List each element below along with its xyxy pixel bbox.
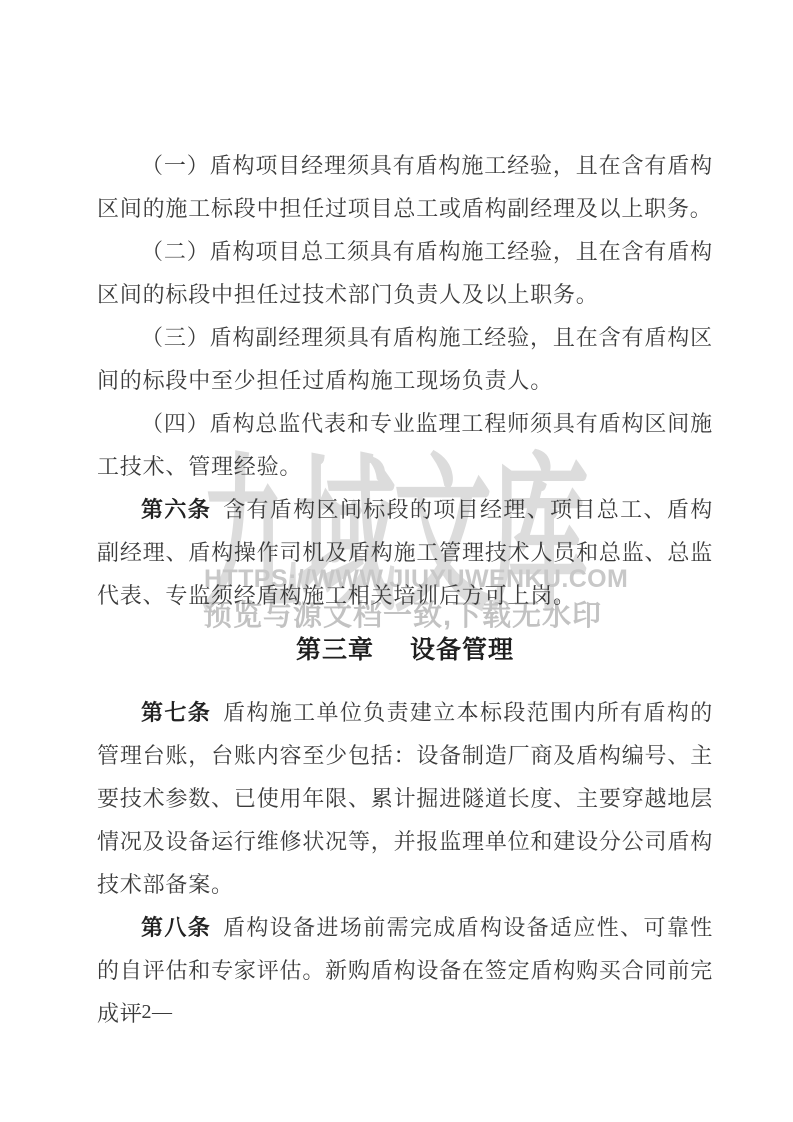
- article-6-paragraph: 第六条含有盾构区间标段的项目经理、项目总工、盾构副经理、盾构操作司机及盾构施工管…: [97, 488, 713, 617]
- document-page: 九域文库 HTTPS://WWW.JIUYUWENKU.COM 预览与源文档一致…: [0, 0, 793, 1122]
- article-8-label: 第八条: [141, 915, 211, 940]
- page-number: —2—: [121, 999, 173, 1025]
- article-7-paragraph: 第七条盾构施工单位负责建立本标段范围内所有盾构的管理台账，台账内容至少包括：设备…: [97, 691, 713, 906]
- clause-item-2: （二）盾构项目总工须具有盾构施工经验，且在含有盾构区间的标段中担任过技术部门负责…: [97, 230, 713, 316]
- document-body: （一）盾构项目经理须具有盾构施工经验，且在含有盾构区间的施工标段中担任过项目总工…: [97, 144, 713, 1035]
- clause-item-1: （一）盾构项目经理须具有盾构施工经验，且在含有盾构区间的施工标段中担任过项目总工…: [97, 144, 713, 230]
- chapter-heading: 第三章设备管理: [97, 629, 713, 672]
- clause-text: （一）盾构项目经理须具有盾构施工经验，且在含有盾构区间的施工标段中担任过项目总工…: [97, 153, 713, 221]
- article-8-paragraph: 第八条盾构设备进场前需完成盾构设备适应性、可靠性的自评估和专家评估。新购盾构设备…: [97, 906, 713, 1035]
- article-7-text: 盾构施工单位负责建立本标段范围内所有盾构的管理台账，台账内容至少包括：设备制造厂…: [97, 700, 713, 897]
- clause-item-3: （三）盾构副经理须具有盾构施工经验，且在含有盾构区间的标段中至少担任过盾构施工现…: [97, 316, 713, 402]
- article-6-label: 第六条: [141, 497, 211, 522]
- clause-text: （四）盾构总监代表和专业监理工程师须具有盾构区间施工技术、管理经验。: [97, 411, 713, 479]
- chapter-title: 设备管理: [410, 636, 514, 664]
- clause-text: （二）盾构项目总工须具有盾构施工经验，且在含有盾构区间的标段中担任过技术部门负责…: [97, 239, 713, 307]
- clause-text: （三）盾构副经理须具有盾构施工经验，且在含有盾构区间的标段中至少担任过盾构施工现…: [97, 325, 713, 393]
- clause-item-4: （四）盾构总监代表和专业监理工程师须具有盾构区间施工技术、管理经验。: [97, 402, 713, 488]
- chapter-number: 第三章: [296, 636, 374, 664]
- article-7-label: 第七条: [141, 700, 211, 725]
